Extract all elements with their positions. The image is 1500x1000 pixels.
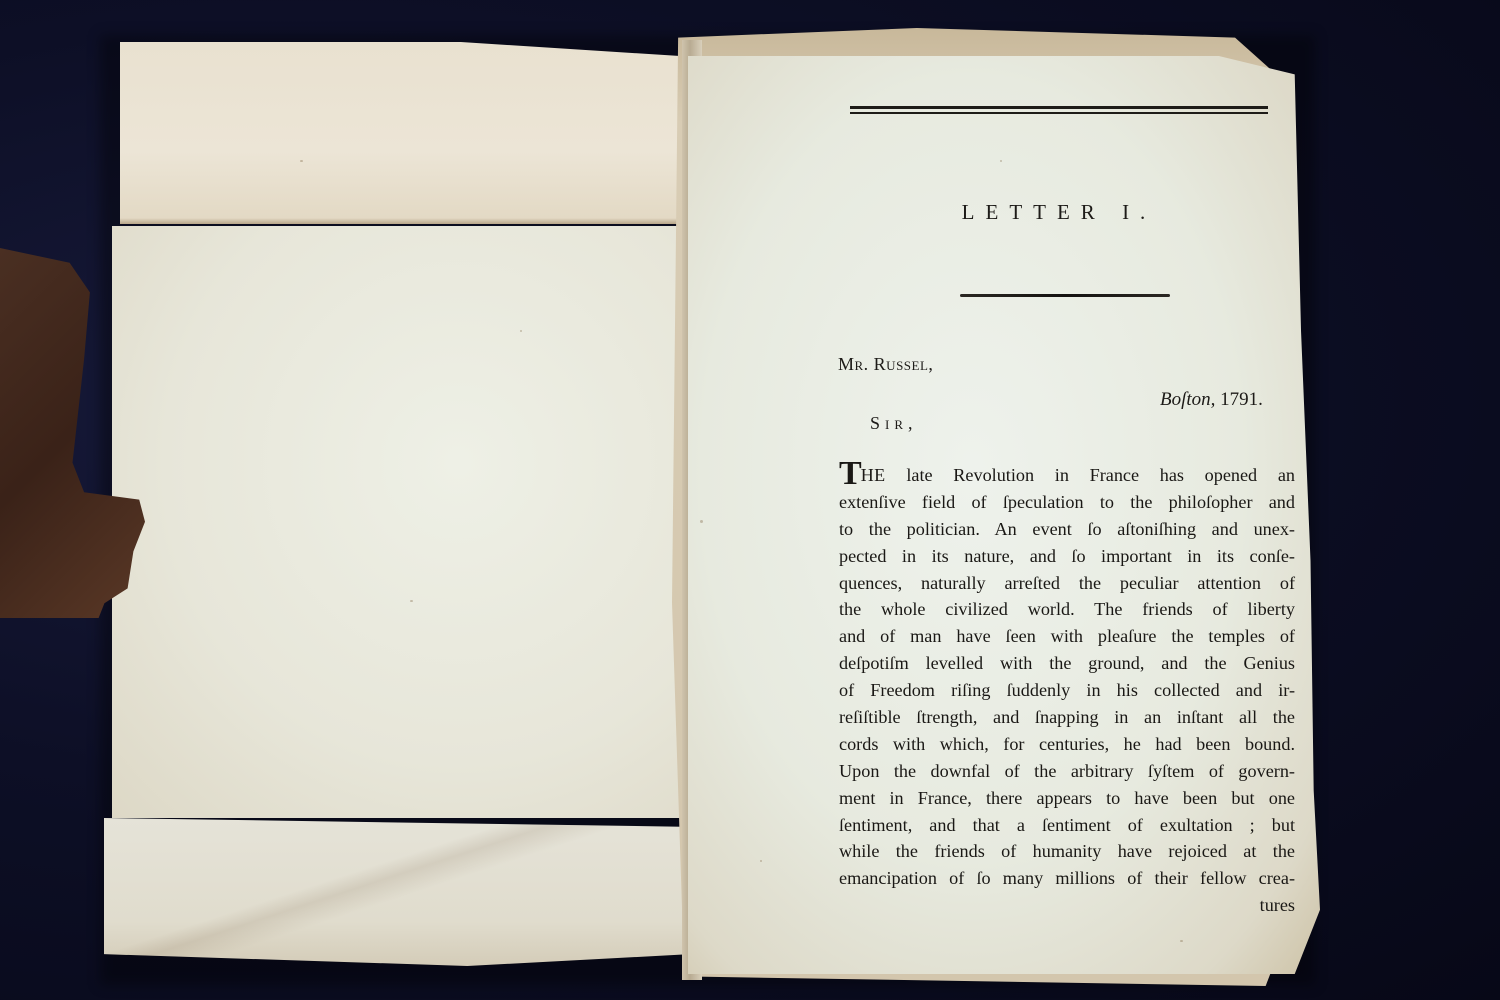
paper-crease: [104, 818, 690, 966]
body-line: the whole civilized world. The friends o…: [839, 596, 1295, 623]
body-line: deſpotiſm levelled with the ground, and …: [839, 650, 1295, 677]
body-line: of Freedom riſing ſuddenly in his collec…: [839, 677, 1295, 704]
dateline-place: Boſton,: [1160, 389, 1215, 410]
paper-speckle: [1180, 940, 1183, 942]
letter-body: THE late Revolution in France has opened…: [839, 462, 1295, 919]
body-line: THE late Revolution in France has opened…: [839, 462, 1295, 489]
dateline: Boſton, 1791.: [1160, 389, 1263, 411]
book-photograph: LETTER I. Mr. Russel, Boſton, 1791. Sir,…: [0, 0, 1500, 1000]
drop-cap: T: [839, 455, 861, 492]
body-line: ment in France, there appears to have be…: [839, 785, 1295, 812]
paper-speckle: [760, 860, 762, 862]
heading-rule: [960, 294, 1170, 297]
catchword: tures: [839, 892, 1295, 919]
body-line: reſiſtible ſtrength, and ſnapping in an …: [839, 704, 1295, 731]
double-rule-ornament: [850, 106, 1268, 114]
left-page-upper-leaf: [120, 42, 688, 224]
paper-speckle: [1000, 160, 1002, 162]
paper-speckle: [300, 160, 303, 162]
paper-speckle: [410, 600, 413, 602]
body-line: while the friends of humanity have rejoi…: [839, 838, 1295, 865]
addressee: Mr. Russel,: [838, 354, 933, 375]
rule-thick: [850, 106, 1268, 109]
body-line: extenſive field of ſpeculation to the ph…: [839, 489, 1295, 516]
body-line: ſentiment, and that a ſentiment of exult…: [839, 812, 1295, 839]
dateline-year: 1791.: [1220, 389, 1263, 410]
body-line: quences, naturally arreſted the peculiar…: [839, 570, 1295, 597]
left-page-lower-leaf: [104, 818, 690, 966]
body-line: Upon the downfal of the arbitrary ſyſtem…: [839, 758, 1295, 785]
body-line: to the politician. An event ſo aſtoniſhi…: [839, 516, 1295, 543]
paper-speckle: [700, 520, 703, 523]
greeting: Sir,: [870, 413, 918, 434]
left-page-folded-leaf: [112, 226, 690, 818]
body-line: cords with which, for centuries, he had …: [839, 731, 1295, 758]
body-line: pected in its nature, and ſo important i…: [839, 543, 1295, 570]
rule-thin: [850, 112, 1268, 114]
body-line: emancipation of ſo many millions of thei…: [839, 865, 1295, 892]
body-line: and of man have ſeen with pleaſure the t…: [839, 623, 1295, 650]
paper-speckle: [520, 330, 522, 332]
letter-heading: LETTER I.: [850, 200, 1268, 225]
drop-cap-continuation: HE: [861, 465, 886, 485]
